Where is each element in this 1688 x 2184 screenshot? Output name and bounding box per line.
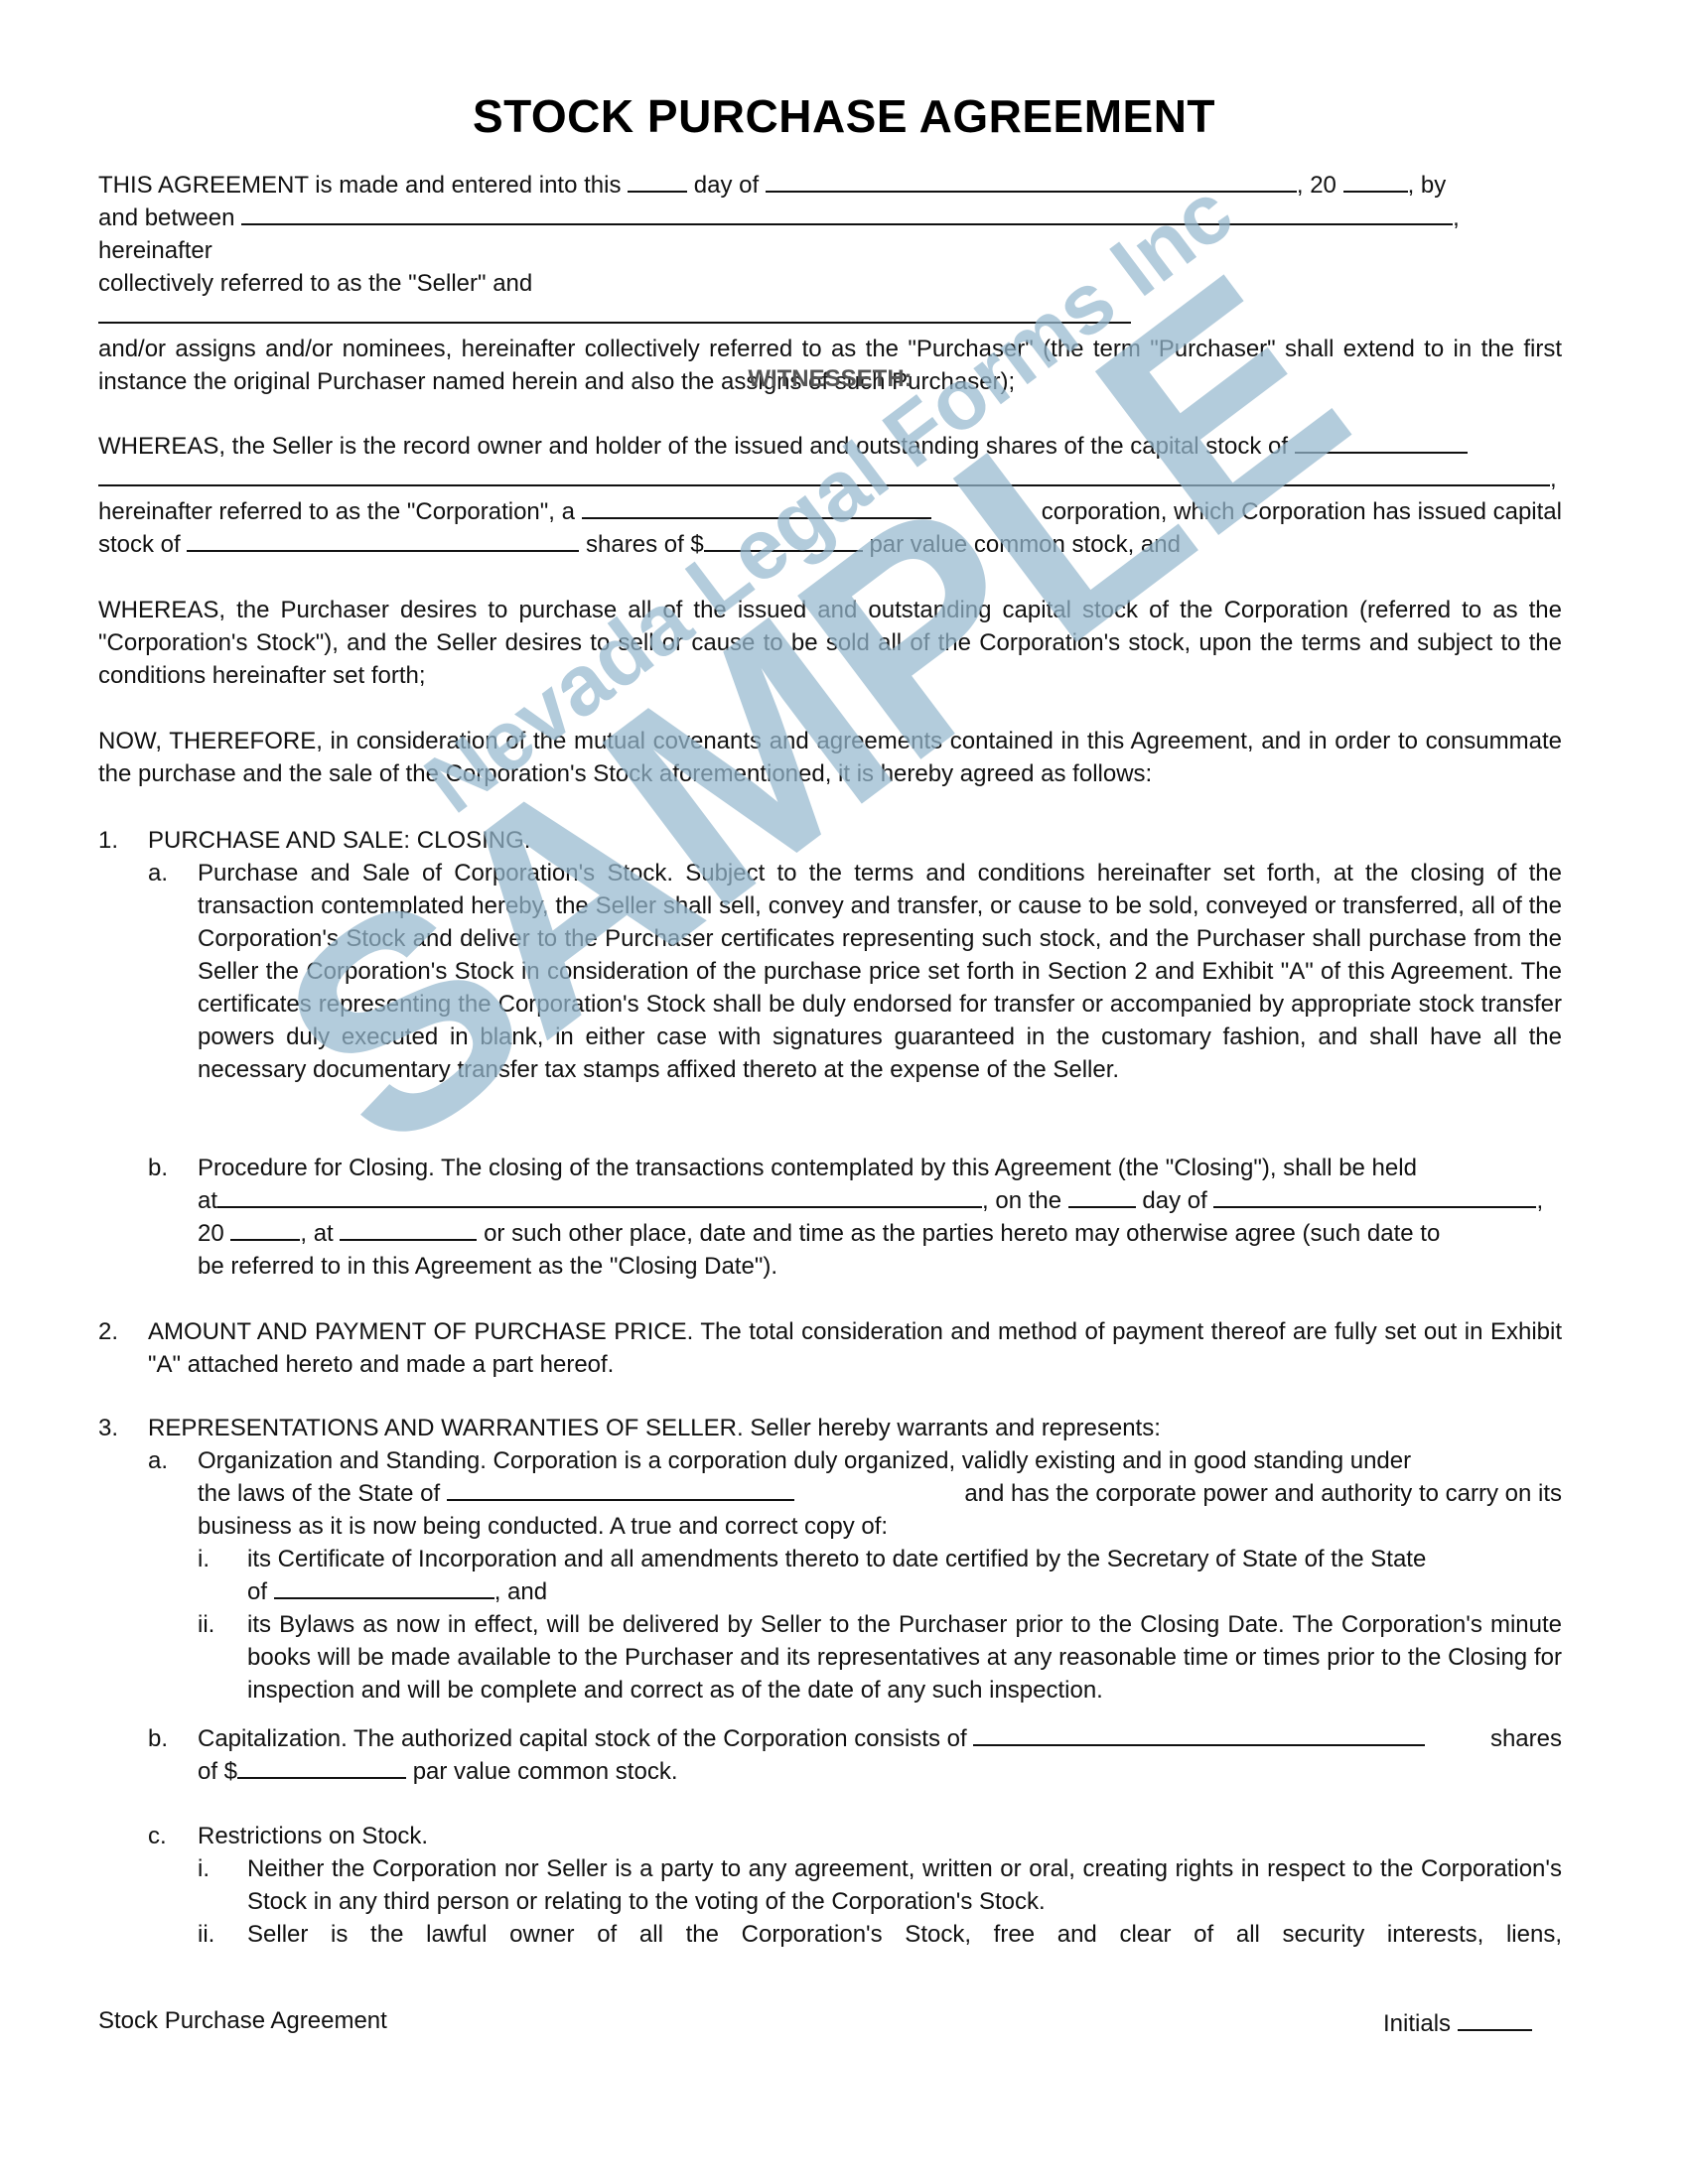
par-value-blank[interactable] xyxy=(704,528,863,552)
section-2: 2.AMOUNT AND PAYMENT OF PURCHASE PRICE. … xyxy=(98,1315,1562,1381)
section-3c-i: i.Neither the Corporation nor Seller is … xyxy=(98,1852,1562,1918)
closing-month-blank[interactable] xyxy=(1213,1184,1536,1208)
day-blank[interactable] xyxy=(628,169,687,193)
preamble-line-3: collectively referred to as the "Seller"… xyxy=(98,267,1562,333)
certificate-state-blank[interactable] xyxy=(274,1575,494,1599)
now-therefore: NOW, THEREFORE, in consideration of the … xyxy=(98,725,1562,790)
purchaser-name-blank[interactable] xyxy=(98,300,1131,324)
state-of-incorporation-blank[interactable] xyxy=(582,495,931,519)
document-title: STOCK PURCHASE AGREEMENT xyxy=(0,89,1688,143)
capital-par-value-blank[interactable] xyxy=(237,1755,406,1779)
seller-name-blank[interactable] xyxy=(241,202,1453,225)
authorized-shares-blank[interactable] xyxy=(973,1722,1425,1746)
initials-blank[interactable] xyxy=(1458,2007,1532,2031)
corporation-name-blank-2[interactable] xyxy=(98,463,1550,486)
year-blank[interactable] xyxy=(1343,169,1408,193)
closing-year-blank[interactable] xyxy=(230,1217,300,1241)
preamble-line-2: and between , hereinafter xyxy=(98,202,1562,267)
section-3c-ii: ii.Seller is the lawful owner of all the… xyxy=(98,1918,1562,1951)
footer-initials: Initials xyxy=(1383,2007,1532,2038)
section-1b: b.Procedure for Closing. The closing of … xyxy=(98,1152,1562,1283)
preamble-line-1: THIS AGREEMENT is made and entered into … xyxy=(98,169,1562,202)
section-1-heading: PURCHASE AND SALE: CLOSING. xyxy=(148,827,530,854)
closing-place-blank[interactable] xyxy=(217,1184,982,1208)
section-3-heading: REPRESENTATIONS AND WARRANTIES OF SELLER… xyxy=(148,1415,1161,1441)
witnesseth-heading: WITNESSETH: xyxy=(98,362,1562,395)
section-3b: b.Capitalization. The authorized capital… xyxy=(98,1722,1562,1788)
footer-title: Stock Purchase Agreement xyxy=(98,2007,387,2035)
closing-day-blank[interactable] xyxy=(1068,1184,1136,1208)
closing-time-blank[interactable] xyxy=(340,1217,477,1241)
section-3a: a.Organization and Standing. Corporation… xyxy=(98,1444,1562,1477)
section-3a-ii: ii.its Bylaws as now in effect, will be … xyxy=(98,1608,1562,1706)
state-blank[interactable] xyxy=(447,1477,794,1501)
whereas-2: WHEREAS, the Purchaser desires to purcha… xyxy=(98,594,1562,692)
section-1: 1.PURCHASE AND SALE: CLOSING. a.Purchase… xyxy=(98,824,1562,1086)
whereas-1: WHEREAS, the Seller is the record owner … xyxy=(98,430,1562,561)
section-3: 3.REPRESENTATIONS AND WARRANTIES OF SELL… xyxy=(98,1412,1562,1706)
document-page: STOCK PURCHASE AGREEMENT THIS AGREEMENT … xyxy=(0,0,1688,2184)
shares-count-blank[interactable] xyxy=(187,528,579,552)
section-1a: a.Purchase and Sale of Corporation's Sto… xyxy=(98,857,1562,1086)
section-3a-i: i.its Certificate of Incorporation and a… xyxy=(98,1543,1562,1575)
section-3c: c.Restrictions on Stock. i.Neither the C… xyxy=(98,1820,1562,1951)
corporation-name-blank[interactable] xyxy=(1295,430,1468,454)
month-blank[interactable] xyxy=(766,169,1297,193)
